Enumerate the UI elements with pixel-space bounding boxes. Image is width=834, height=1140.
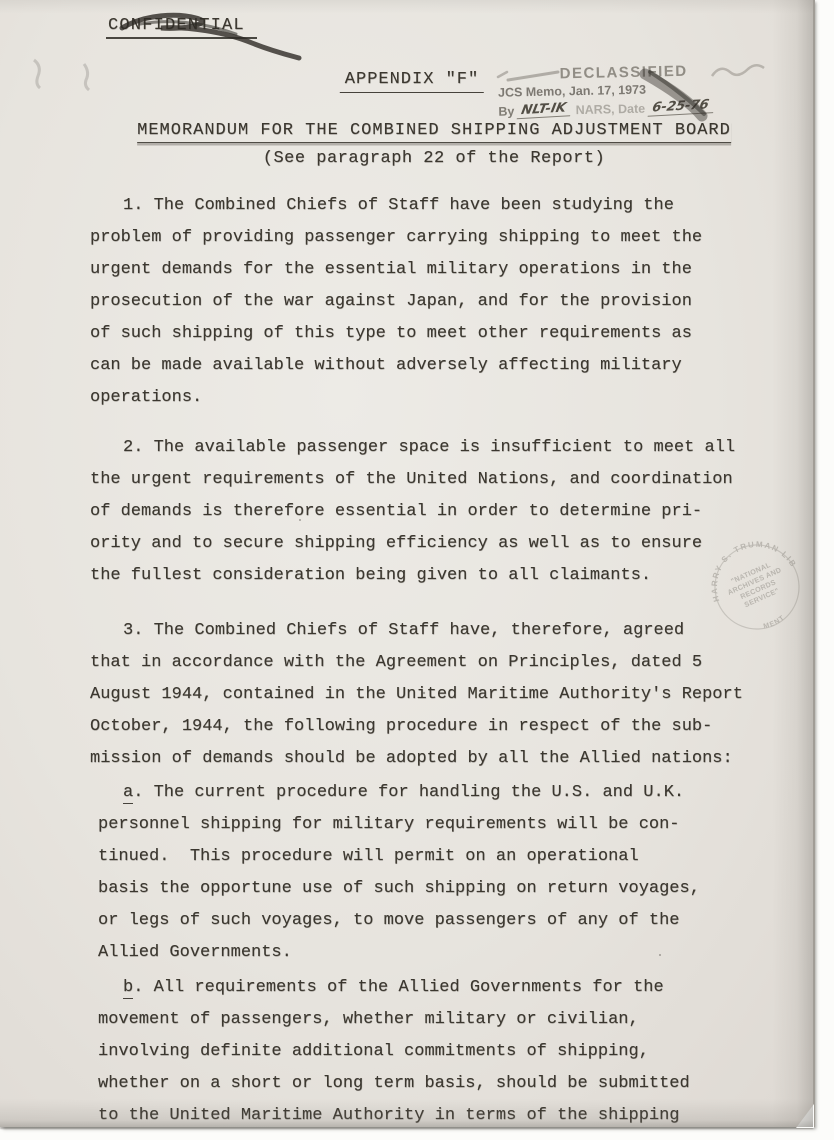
- subparagraph-a-label: a: [123, 783, 133, 804]
- classification-stamp: CONFIDENTIAL: [106, 16, 257, 39]
- declassified-stamp-title: DECLASSIFIED: [559, 61, 757, 82]
- subparagraph-b: b. All requirements of the Allied Govern…: [98, 972, 758, 1132]
- text-line: can be made available without adversely …: [90, 350, 758, 382]
- text-line: personnel shipping for military requirem…: [98, 809, 758, 841]
- memo-title: MEMORANDUM FOR THE COMBINED SHIPPING ADJ…: [137, 121, 731, 143]
- subparagraph-b-first-text: . All requirements of the Allied Governm…: [133, 978, 664, 997]
- text-line: mission of demands should be adopted by …: [90, 743, 758, 775]
- text-line: to the United Maritime Authority in term…: [98, 1100, 758, 1132]
- text-line: October, 1944, the following procedure i…: [90, 711, 758, 743]
- classification-text: CONFIDENTIAL: [108, 16, 245, 35]
- memo-body: 1. The Combined Chiefs of Staff have bee…: [90, 190, 758, 1132]
- text-line: involving definite additional commitment…: [98, 1036, 758, 1068]
- text-line: whether on a short or long term basis, s…: [98, 1068, 758, 1100]
- text-line: b. All requirements of the Allied Govern…: [98, 972, 758, 1004]
- declassified-stamp-signature-line: By NLT-IK NARS, Date 6-25-76: [498, 97, 758, 118]
- text-line: 3. The Combined Chiefs of Staff have, th…: [90, 615, 758, 647]
- text-line: a. The current procedure for handling th…: [98, 777, 758, 809]
- by-label: By: [498, 104, 514, 118]
- pencil-smudges: [34, 60, 89, 90]
- paragraph-1: 1. The Combined Chiefs of Staff have bee…: [90, 190, 758, 414]
- agency-date-label: NARS, Date: [576, 102, 646, 117]
- text-line: prosecution of the war against Japan, an…: [90, 286, 758, 318]
- text-line: problem of providing passenger carrying …: [90, 222, 758, 254]
- scanned-document: CONFIDENTIAL APPENDIX "F" MEMORANDUM FOR…: [0, 0, 834, 1140]
- memo-subtitle: (See paragraph 22 of the Report): [263, 149, 605, 168]
- text-line: urgent demands for the essential militar…: [90, 254, 758, 286]
- subparagraph-a: a. The current procedure for handling th…: [98, 777, 758, 969]
- subparagraph-a-first-text: . The current procedure for handling the…: [133, 783, 684, 802]
- text-line: tinued. This procedure will permit on an…: [98, 841, 758, 873]
- archive-stamp-bottom-fragment: MENT: [761, 614, 787, 632]
- declassified-date: 6-25-76: [647, 97, 716, 117]
- svg-text:MENT: MENT: [761, 614, 787, 632]
- subparagraph-b-label: b: [123, 978, 133, 999]
- text-line: 2. The available passenger space is insu…: [90, 432, 758, 464]
- text-line: or legs of such voyages, to move passeng…: [98, 905, 758, 937]
- text-line: the urgent requirements of the United Na…: [90, 464, 758, 496]
- text-line: Allied Governments.: [98, 937, 758, 969]
- text-line: August 1944, contained in the United Mar…: [90, 679, 758, 711]
- text-line: ority and to secure shipping efficiency …: [90, 528, 758, 560]
- declassified-stamp-memo-line: JCS Memo, Jan. 17, 1973: [498, 80, 758, 99]
- paragraph-3: 3. The Combined Chiefs of Staff have, th…: [90, 615, 758, 775]
- text-line: the fullest consideration being given to…: [90, 560, 758, 592]
- declassifier-signature: NLT-IK: [517, 100, 574, 119]
- text-line: 1. The Combined Chiefs of Staff have bee…: [90, 190, 758, 222]
- text-line: of demands is therefore essential in ord…: [90, 496, 758, 528]
- page-corner-cut: [796, 1104, 814, 1128]
- text-line: operations.: [90, 382, 758, 414]
- appendix-title: APPENDIX "F": [340, 70, 484, 93]
- paragraph-2: 2. The available passenger space is insu…: [90, 432, 758, 592]
- declassified-stamp: DECLASSIFIED JCS Memo, Jan. 17, 1973 By …: [497, 61, 758, 118]
- text-line: that in accordance with the Agreement on…: [90, 647, 758, 679]
- text-line: of such shipping of this type to meet ot…: [90, 318, 758, 350]
- memo-page: CONFIDENTIAL APPENDIX "F" MEMORANDUM FOR…: [0, 0, 813, 1127]
- text-line: basis the opportune use of such shipping…: [98, 873, 758, 905]
- text-line: movement of passengers, whether military…: [98, 1004, 758, 1036]
